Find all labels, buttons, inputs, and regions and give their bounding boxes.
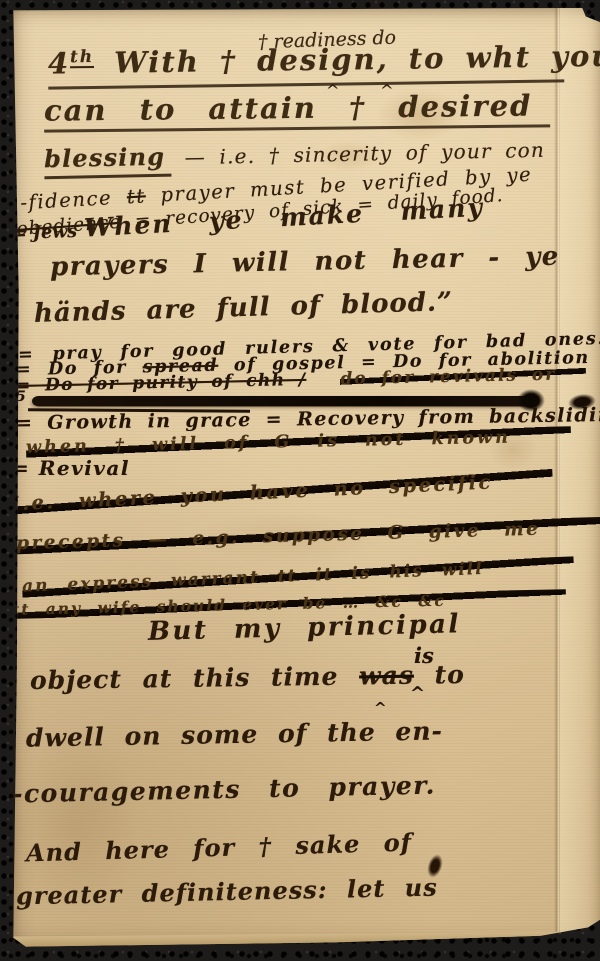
heading-line-1-text: With † design, to wht you (94, 39, 600, 80)
paragraph-couragements-line: -couragements to prayer. (12, 772, 436, 810)
bullet-revival: = Revival (12, 457, 130, 480)
paragraph-object-line: object at this time was to (30, 661, 465, 696)
heading-ordinal-suffix: th (70, 46, 94, 68)
jews-margin-note: = Jews (12, 222, 78, 244)
book-cover-background: { "manuscript": { "interline_insertion":… (0, 0, 600, 961)
insertion-caret: ^ (410, 684, 425, 705)
paragraph-sake-line: And here for † sake of (26, 829, 413, 867)
object-pre: object at this time (30, 661, 360, 695)
hands-line: händs are full of blood.” (34, 288, 454, 330)
struck-line-precepts: precepts — e.g. suppose G give me (16, 517, 600, 555)
manuscript-page: † readiness do 4th With † design, to wht… (8, 8, 600, 948)
heading-line-2: can to attain † desired (44, 89, 550, 133)
struck-phrase: do for revivals or (340, 364, 586, 389)
struck-word-was: was (359, 661, 414, 691)
heading-line-1: 4th With † design, to wht you (48, 40, 565, 90)
page-fold-crease (554, 8, 560, 948)
ink-crossout-bar (32, 396, 537, 406)
heading-ordinal: 4 (48, 46, 71, 80)
paragraph-dwell-line: dwell on some of the en- (26, 717, 443, 753)
paragraph-definiteness-line: greater definiteness: let us (16, 874, 438, 910)
blessing-word: blessing (44, 142, 172, 180)
prayers-line: prayers I will not hear - ye (50, 243, 560, 284)
heavy-crossout-line: 5 (16, 389, 537, 405)
interline-insertion-is: is (414, 644, 434, 668)
confidence-pre: -fidence (20, 185, 128, 214)
struck-word: tt (126, 184, 146, 208)
facing-page-edge (560, 8, 600, 948)
page-stack-edge (4, 931, 600, 949)
ink-blot (425, 852, 446, 879)
crossout-number: 5 (16, 389, 26, 405)
insertion-caret: ^ (374, 700, 387, 717)
